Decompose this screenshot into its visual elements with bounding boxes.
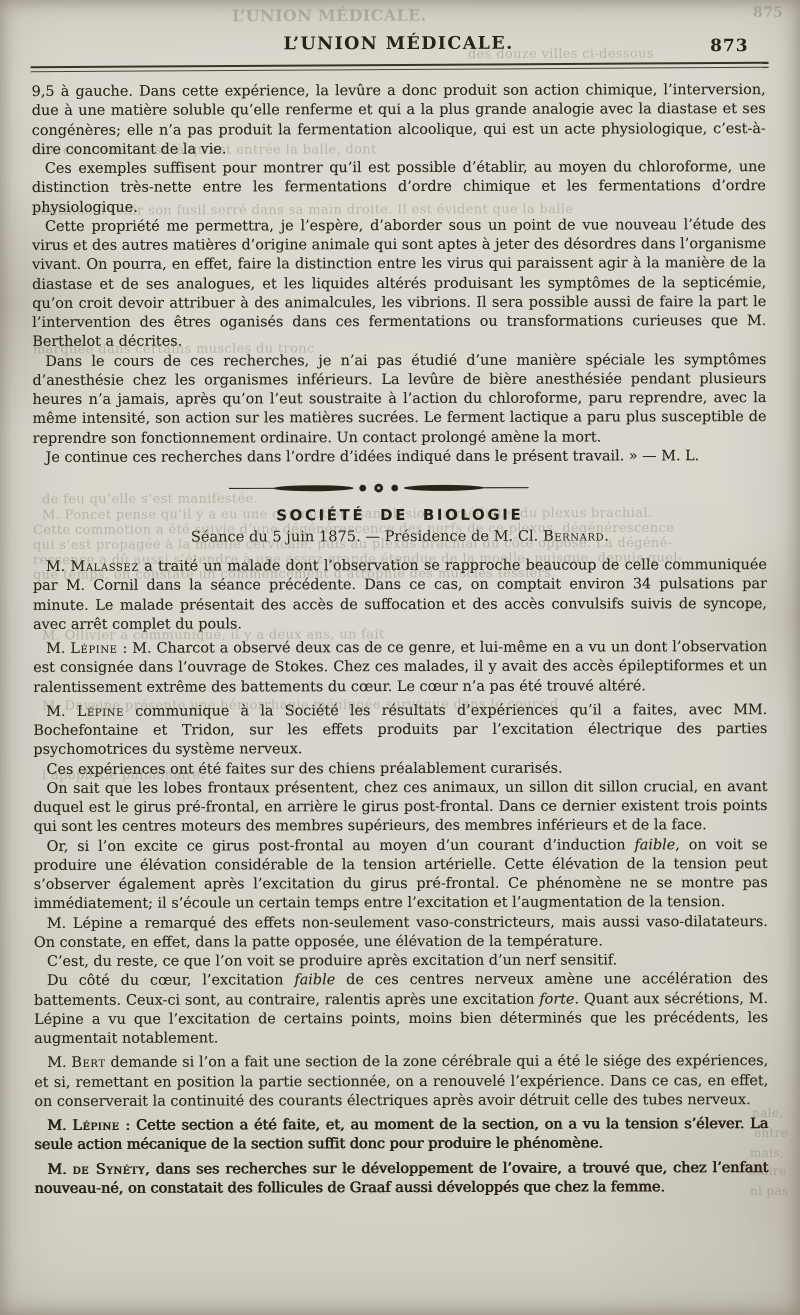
text-segment: 9,5 à gauche. Dans cette expérience, la … xyxy=(32,82,766,158)
text-segment: a traité un malade dont l’observation se… xyxy=(33,557,767,633)
text-segment: forte xyxy=(539,991,574,1007)
speaker-name: Lépine xyxy=(72,1118,119,1134)
text-segment: Dans le cours de ces recherches, je n’ai… xyxy=(32,352,766,447)
journal-title: L’UNION MÉDICALE. xyxy=(283,34,513,55)
scanned-journal-page: L’UNION MÉDICALE.875des douze villes ci-… xyxy=(0,0,800,1315)
text-segment: : Cette section a été faite, et, au mome… xyxy=(34,1116,768,1153)
article-report: 9,5 à gauche. Dans cette expérience, la … xyxy=(32,81,767,468)
paragraph: Dans le cours de ces recherches, je n’ai… xyxy=(32,351,766,449)
paragraph: M. Lépine a remarqué des effets non-seul… xyxy=(34,913,768,953)
text-segment: Or, si l’on excite ce girus post-frontal… xyxy=(47,837,635,855)
speaker-name: de Synéty xyxy=(73,1161,146,1177)
text-segment: Je continue ces recherches dans l’ordre … xyxy=(46,448,700,466)
paragraph: 9,5 à gauche. Dans cette expérience, la … xyxy=(32,81,766,160)
paragraph: Cette propriété me permettra, je l’espèr… xyxy=(32,216,766,353)
speaker-name: Lépine xyxy=(77,703,124,719)
paragraph: Je continue ces recherches dans l’ordre … xyxy=(33,447,767,468)
text-segment: M. xyxy=(46,704,77,720)
paragraph: On sait que les lobes frontaux présenten… xyxy=(33,778,767,838)
text-segment: Ces expériences ont été faites sur des c… xyxy=(46,760,562,777)
text-segment: demande si l’on a fait une section de la… xyxy=(34,1053,768,1109)
paragraph: M. Bert demande si l’on a fait une secti… xyxy=(34,1052,768,1112)
paragraph: M. Lépine : Cette section a été faite, e… xyxy=(34,1115,768,1155)
text-segment: M. xyxy=(46,641,70,657)
paragraph: Or, si l’on excite ce girus post-frontal… xyxy=(34,836,768,915)
ornament-icon xyxy=(229,481,529,496)
paragraph: M. de Synéty, dans ses recherches sur le… xyxy=(34,1159,768,1199)
paragraph: M. Lépine : M. Charcot a observé deux ca… xyxy=(33,638,767,698)
paragraph: C’est, du reste, ce que l’on voit se pro… xyxy=(34,951,768,972)
text-segment: M. xyxy=(46,559,71,575)
masthead: L’UNION MÉDICALE. 873 xyxy=(0,0,799,55)
text-segment: , dans ses recherches sur le développeme… xyxy=(35,1160,769,1197)
text-segment: On sait que les lobes frontaux présenten… xyxy=(34,779,768,835)
text-segment: Cette propriété me permettra, je l’espèr… xyxy=(32,217,766,350)
speaker-name: Bert xyxy=(71,1055,105,1071)
paragraph: M. Lépine communique à la Société les ré… xyxy=(33,701,767,761)
paragraph: Ces exemples suffisent pour montrer qu’i… xyxy=(32,158,766,218)
paragraph: Du côté du cœur, l’excitation faible de … xyxy=(34,970,768,1049)
text-segment: M. xyxy=(47,1118,72,1134)
paragraph: M. Malassez a traité un malade dont l’ob… xyxy=(33,556,767,635)
text-segment: Du côté du cœur, l’excitation xyxy=(47,973,294,990)
text-segment: Séance du 5 juin 1875. — Présidence de M… xyxy=(191,528,543,546)
printed-content: L’UNION MÉDICALE. 873 9,5 à gauche. Dans… xyxy=(0,0,800,1199)
masthead-rule xyxy=(31,62,769,73)
section-heading: SOCIÉTÉ DE BIOLOGIE xyxy=(0,505,800,525)
speaker-name: Malassez xyxy=(70,559,138,575)
text-segment: faible xyxy=(634,837,675,853)
text-segment: M. xyxy=(47,1055,71,1071)
text-segment: : M. Charcot a observé deux cas de ce ge… xyxy=(33,639,767,695)
article-minutes: M. Malassez a traité un malade dont l’ob… xyxy=(33,556,769,1199)
text-segment: C’est, du reste, ce que l’on voit se pro… xyxy=(47,952,617,969)
text-segment: faible xyxy=(294,972,335,988)
speaker-name: Bernard xyxy=(543,527,604,544)
paragraph: Ces expériences ont été faites sur des c… xyxy=(33,759,767,780)
text-segment: Ces exemples suffisent pour montrer qu’i… xyxy=(32,159,766,215)
text-segment: . xyxy=(604,527,609,544)
session-subtitle: Séance du 5 juin 1875. — Présidence de M… xyxy=(0,527,800,546)
page-number: 873 xyxy=(710,36,749,56)
ornament-divider xyxy=(229,481,529,496)
text-segment: M. xyxy=(47,1161,72,1177)
speaker-name: Lépine xyxy=(70,641,117,657)
text-segment: communique à la Société les résultats d’… xyxy=(33,702,767,758)
text-segment: M. Lépine a remarqué des effets non-seul… xyxy=(34,914,768,951)
